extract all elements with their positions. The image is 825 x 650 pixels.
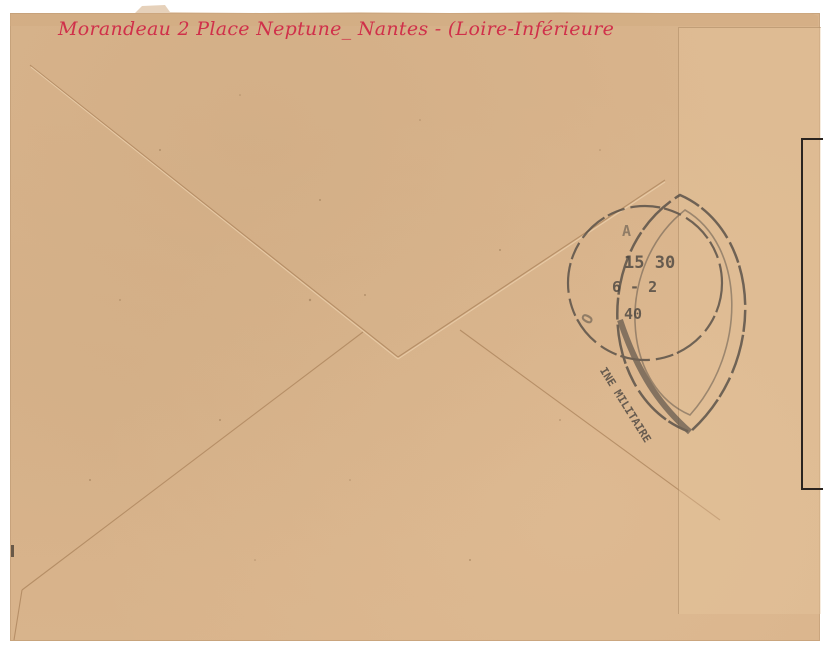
postmark-time: 15 30 [624,253,675,273]
bracket-mark [801,138,823,490]
edge-mark [11,545,14,557]
sender-address-handwriting: Morandeau 2 Place Neptune_ Nantes - (Loi… [58,18,614,40]
postmark-year: 40 [624,305,642,323]
postmark-letter-a: A [622,222,631,240]
postmark-date: 6 - 2 [612,278,657,296]
flap-creases [14,65,720,640]
paper-speckles [89,94,601,561]
censor-strip [678,27,821,614]
